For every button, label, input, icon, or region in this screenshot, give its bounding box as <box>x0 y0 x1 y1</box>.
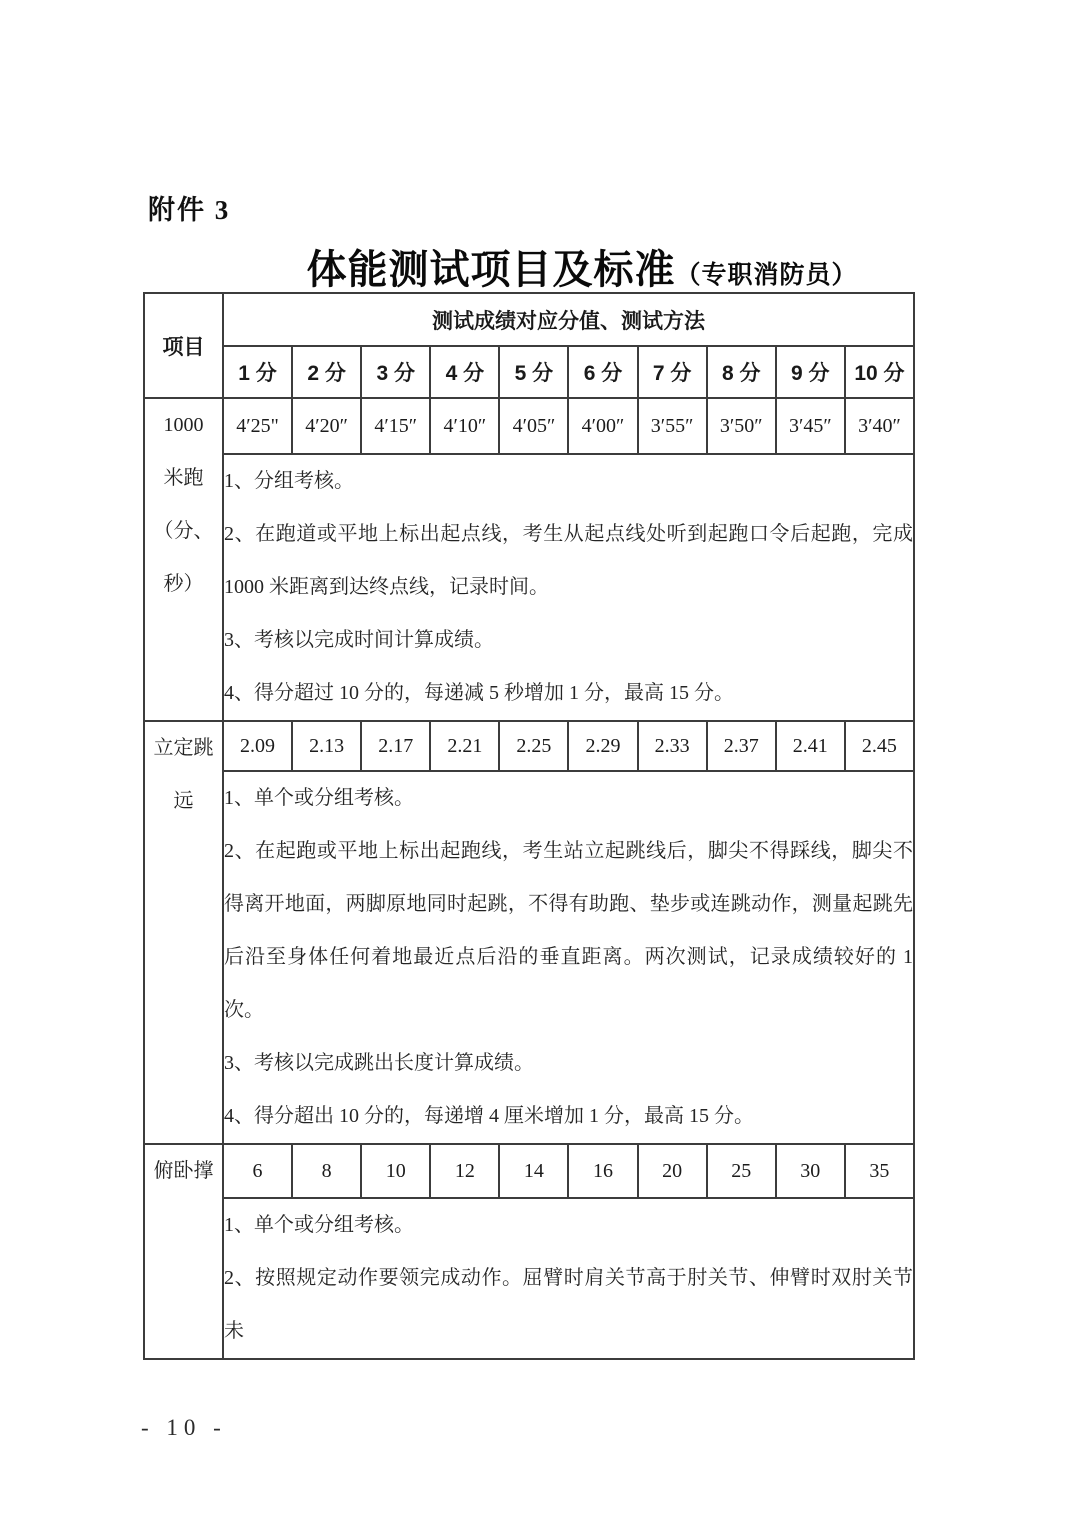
value-cell: 20 <box>638 1144 707 1198</box>
value-cell: 3′50″ <box>707 398 776 454</box>
value-cell: 2.09 <box>223 721 292 771</box>
value-cell: 2.29 <box>568 721 637 771</box>
project-line: （分、 <box>145 505 222 558</box>
values-row-long-jump: 立定跳 远 2.09 2.13 2.17 2.21 2.25 2.29 2.33… <box>144 721 914 771</box>
value-cell: 25 <box>707 1144 776 1198</box>
value-cell: 4′00″ <box>568 398 637 454</box>
value-cell: 4′25" <box>223 398 292 454</box>
header-project-cell: 项目 <box>144 293 223 398</box>
notes-cell-1000m: 1、分组考核。 2、在跑道或平地上标出起点线，考生从起点线处听到起跑口令后起跑，… <box>223 454 914 721</box>
value-cell: 14 <box>499 1144 568 1198</box>
score-column-header: 3 分 <box>361 346 430 398</box>
value-cell: 4′15″ <box>361 398 430 454</box>
note-paragraph: 1、分组考核。 <box>224 455 913 508</box>
value-cell: 4′20″ <box>292 398 361 454</box>
value-cell: 2.33 <box>638 721 707 771</box>
values-row-1000m: 1000 米跑 （分、 秒） 4′25" 4′20″ 4′15″ 4′10″ 4… <box>144 398 914 454</box>
value-cell: 2.21 <box>430 721 499 771</box>
value-cell: 2.41 <box>776 721 845 771</box>
value-cell: 12 <box>430 1144 499 1198</box>
score-column-header: 8 分 <box>707 346 776 398</box>
note-paragraph: 2、在起跑或平地上标出起跑线，考生站立起跳线后，脚尖不得踩线，脚尖不得离开地面，… <box>224 825 913 1037</box>
note-paragraph: 1、单个或分组考核。 <box>224 772 913 825</box>
value-cell: 2.13 <box>292 721 361 771</box>
title-main: 体能测试项目及标准 <box>306 247 675 292</box>
attachment-label: 附件 3 <box>148 188 230 227</box>
score-column-header: 9 分 <box>776 346 845 398</box>
value-cell: 2.45 <box>845 721 914 771</box>
score-column-header: 7 分 <box>638 346 707 398</box>
fitness-test-table: 项目 测试成绩对应分值、测试方法 1 分 2 分 3 分 4 分 5 分 6 分… <box>143 292 915 1360</box>
values-row-push-up: 俯卧撑 6 8 10 12 14 16 20 25 30 35 <box>144 1144 914 1198</box>
project-line: 秒） <box>145 558 222 611</box>
note-paragraph: 4、得分超出 10 分的，每递增 4 厘米增加 1 分，最高 15 分。 <box>224 1090 913 1143</box>
document-page: 附件 3 体能测试项目及标准（专职消防员） 项目 测试成绩对应分值、测试方法 1… <box>0 0 1080 1527</box>
score-column-header: 10 分 <box>845 346 914 398</box>
note-paragraph: 3、考核以完成跳出长度计算成绩。 <box>224 1037 913 1090</box>
score-column-header: 5 分 <box>499 346 568 398</box>
value-cell: 4′10″ <box>430 398 499 454</box>
value-cell: 4′05″ <box>499 398 568 454</box>
value-cell: 10 <box>361 1144 430 1198</box>
value-cell: 30 <box>776 1144 845 1198</box>
title-suffix: （专职消防员） <box>675 262 857 289</box>
note-paragraph: 3、考核以完成时间计算成绩。 <box>224 614 913 667</box>
value-cell: 2.37 <box>707 721 776 771</box>
page-number: - 10 - <box>141 1415 227 1441</box>
score-column-header: 6 分 <box>568 346 637 398</box>
notes-cell-long-jump: 1、单个或分组考核。 2、在起跑或平地上标出起跑线，考生站立起跳线后，脚尖不得踩… <box>223 771 914 1144</box>
score-column-header: 4 分 <box>430 346 499 398</box>
value-cell: 35 <box>845 1144 914 1198</box>
value-cell: 2.17 <box>361 721 430 771</box>
note-paragraph: 2、在跑道或平地上标出起点线，考生从起点线处听到起跑口令后起跑，完成 1000 … <box>224 508 913 614</box>
value-cell: 2.25 <box>499 721 568 771</box>
project-line: 立定跳 <box>145 722 222 775</box>
value-cell: 16 <box>568 1144 637 1198</box>
project-line: 米跑 <box>145 452 222 505</box>
value-cell: 3′45″ <box>776 398 845 454</box>
score-column-header: 2 分 <box>292 346 361 398</box>
value-cell: 8 <box>292 1144 361 1198</box>
value-cell: 6 <box>223 1144 292 1198</box>
project-cell-push-up: 俯卧撑 <box>144 1144 223 1359</box>
note-paragraph: 2、按照规定动作要领完成动作。屈臂时肩关节高于肘关节、伸臂时双肘关节未 <box>224 1252 913 1358</box>
project-line: 俯卧撑 <box>145 1145 222 1198</box>
note-paragraph: 4、得分超过 10 分的，每递减 5 秒增加 1 分，最高 15 分。 <box>224 667 913 720</box>
project-line: 1000 <box>145 399 222 452</box>
page-title: 体能测试项目及标准（专职消防员） <box>0 238 1080 295</box>
note-paragraph: 1、单个或分组考核。 <box>224 1199 913 1252</box>
project-cell-1000m-run: 1000 米跑 （分、 秒） <box>144 398 223 721</box>
header-score-title-cell: 测试成绩对应分值、测试方法 <box>223 293 914 346</box>
notes-cell-push-up: 1、单个或分组考核。 2、按照规定动作要领完成动作。屈臂时肩关节高于肘关节、伸臂… <box>223 1198 914 1359</box>
value-cell: 3′40″ <box>845 398 914 454</box>
value-cell: 3′55″ <box>638 398 707 454</box>
score-column-header: 1 分 <box>223 346 292 398</box>
score-columns-row: 1 分 2 分 3 分 4 分 5 分 6 分 7 分 8 分 9 分 10 分 <box>144 346 914 398</box>
project-line: 远 <box>145 775 222 828</box>
project-cell-standing-long-jump: 立定跳 远 <box>144 721 223 1144</box>
